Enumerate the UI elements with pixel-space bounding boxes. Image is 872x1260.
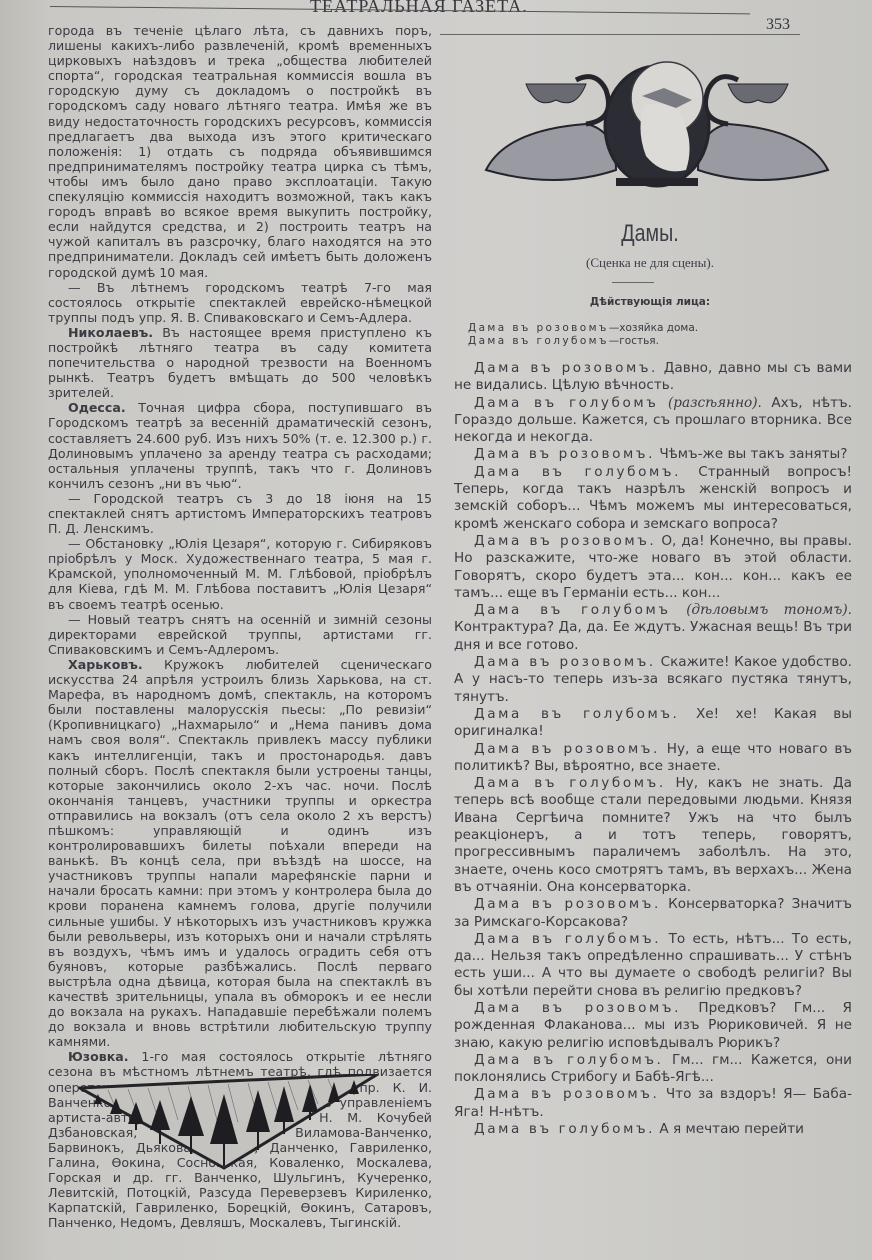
speaker: Дама въ розовомъ. xyxy=(474,446,655,462)
speaker: Дама въ голубомъ xyxy=(474,602,671,618)
speaker: Дама въ голубомъ. xyxy=(474,931,661,947)
dialogue-column: Дама въ розовомъ. Давно, давно мы съ вам… xyxy=(454,360,852,1138)
separator-rule xyxy=(612,282,654,283)
speaker: Дама въ розовомъ. xyxy=(474,741,660,757)
speaker: Дама въ голубомъ xyxy=(474,395,659,411)
forest-ornament-icon xyxy=(78,1074,384,1182)
page-header: ТЕАТРАЛЬНАЯ ГАЗЕТА. 353 xyxy=(60,0,800,22)
city-heading: Николаевъ. xyxy=(68,325,153,340)
left-column-news: города въ теченіе цѣлаго лѣта, съ давних… xyxy=(48,23,432,1231)
dialogue-line: Дама въ розовомъ. Скажите! Какое удобств… xyxy=(454,654,852,706)
dialogue-line: Дама въ розовомъ. Чѣмъ-же вы такъ заняты… xyxy=(454,446,852,463)
news-paragraph: — Въ лѣтнемъ городскомъ театрѣ 7-го мая … xyxy=(48,280,432,325)
dialogue-line: Дама въ голубомъ. Хе! хе! Какая вы ориги… xyxy=(454,706,852,741)
news-paragraph: Одесса. Точная цифра сбора, поступившаго… xyxy=(48,400,432,491)
speaker: Дама въ голубомъ. xyxy=(474,1121,655,1137)
dialogue-line: Дама въ голубомъ. А я мечтаю перейти xyxy=(454,1121,852,1138)
art-nouveau-vignette-icon xyxy=(466,60,848,190)
news-paragraph: города въ теченіе цѣлаго лѣта, съ давних… xyxy=(48,23,432,280)
dialogue-line: Дама въ розовомъ. О, да! Конечно, вы пра… xyxy=(454,533,852,602)
speaker: Дама въ розовомъ. xyxy=(474,1086,659,1102)
cast-item: Дама въ розовомъ—хозяйка дома. xyxy=(468,322,698,335)
dialogue-line: Дама въ розовомъ. Давно, давно мы съ вам… xyxy=(454,360,852,395)
news-paragraph: — Обстановку „Юлія Цезаря“, которую г. С… xyxy=(48,536,432,611)
news-paragraph: Харьковъ. Кружокъ любителей сценическаго… xyxy=(48,657,432,1049)
article-subtitle: (Сценка не для сцены). xyxy=(440,255,860,271)
news-paragraph: — Городской театръ съ 3 до 18 іюня на 15… xyxy=(48,491,432,536)
speaker: Дама въ розовомъ. xyxy=(474,360,658,376)
speaker: Дама въ голубомъ. xyxy=(474,706,679,722)
city-heading: Одесса. xyxy=(68,400,126,415)
dialogue-line: Дама въ голубомъ. Странный вопросъ! Тепе… xyxy=(454,464,852,533)
dialogue-line: Дама въ розовомъ. Предковъ? Гм... Я рожд… xyxy=(454,1000,852,1052)
dialogue-line: Дама въ розовомъ. Ну, а еще что новаго в… xyxy=(454,741,852,776)
dialogue-line: Дама въ голубомъ. Ну, какъ не знать. Да … xyxy=(454,775,852,896)
dialogue-line: Дама въ голубомъ (дѣловымъ тономъ). Конт… xyxy=(454,602,852,654)
city-heading: Харьковъ. xyxy=(68,657,143,672)
article-title: Дамы. xyxy=(478,220,822,248)
page-number: 353 xyxy=(766,16,790,34)
city-heading: Юзовка. xyxy=(68,1049,129,1064)
header-rule-right xyxy=(440,34,800,35)
dialogue-line: Дама въ голубомъ. Гм... гм... Кажется, о… xyxy=(454,1052,852,1087)
news-paragraph: — Новый театръ снятъ на осенній и зимній… xyxy=(48,612,432,657)
speaker: Дама въ розовомъ. xyxy=(474,1000,681,1016)
dialogue-line: Дама въ розовомъ. Что за вздоръ! Я— Баба… xyxy=(454,1086,852,1121)
speaker: Дама въ розовомъ. xyxy=(474,896,661,912)
dialogue-line: Дама въ розовомъ. Консерваторка? Значитъ… xyxy=(454,896,852,931)
cast-item: Дама въ голубомъ—гостья. xyxy=(468,335,698,348)
cast-heading: Дѣйствующія лица: xyxy=(440,296,860,308)
dialogue-line: Дама въ голубомъ. То есть, нѣтъ... То ес… xyxy=(454,931,852,1000)
speaker: Дама въ розовомъ. xyxy=(474,533,656,549)
speaker: Дама въ голубомъ. xyxy=(474,464,681,480)
speaker: Дама въ розовомъ. xyxy=(474,654,656,670)
speaker: Дама въ голубомъ. xyxy=(474,1052,663,1068)
dialogue-line: Дама въ голубомъ (разсѣянно). Ахъ, нѣтъ.… xyxy=(454,395,852,447)
cast-list: Дама въ розовомъ—хозяйка дома. Дама въ г… xyxy=(468,322,698,347)
news-paragraph: Николаевъ. Въ настоящее время приступлен… xyxy=(48,325,432,400)
speaker: Дама въ голубомъ. xyxy=(474,775,666,791)
stage-direction: (дѣловымъ тономъ) xyxy=(686,602,847,618)
stage-direction: (разсѣянно) xyxy=(668,395,758,411)
